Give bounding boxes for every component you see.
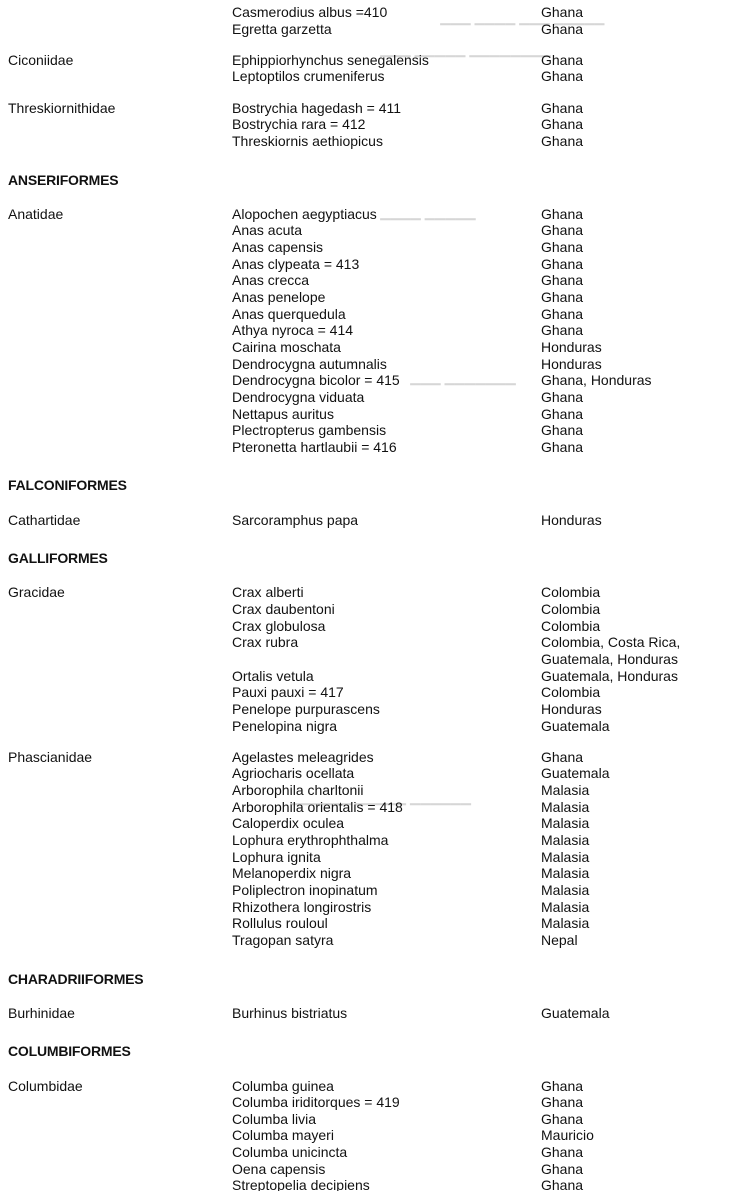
family-name: Columbidae	[8, 1078, 83, 1095]
species-name: Crax rubra	[232, 634, 298, 651]
country-name: Ghana	[541, 68, 583, 85]
country-name: Malasia	[541, 915, 589, 932]
species-name: Alopochen aegyptiacus	[232, 206, 377, 223]
country-name: Malasia	[541, 799, 589, 816]
family-name: Cathartidae	[8, 512, 80, 529]
species-name: Poliplectron inopinatum	[232, 882, 378, 899]
species-name: Oena capensis	[232, 1161, 325, 1178]
species-name: Columba iriditorques = 419	[232, 1094, 400, 1111]
country-name: Ghana	[541, 206, 583, 223]
country-name: Colombia	[541, 684, 600, 701]
species-name: Casmerodius albus =410	[232, 4, 387, 21]
country-name: Guatemala	[541, 718, 609, 735]
species-name: Penelope purpurascens	[232, 701, 380, 718]
species-name: Anas querquedula	[232, 306, 346, 323]
country-name: Ghana	[541, 1078, 583, 1095]
species-name: Egretta garzetta	[232, 21, 332, 38]
bleed-through-text: ▁▁▁▁▁▁▁ ▁▁▁	[410, 370, 516, 386]
country-name: Ghana	[541, 222, 583, 239]
order-heading: CHARADRIIFORMES	[8, 971, 143, 988]
species-name: Leptoptilos crumeniferus	[232, 68, 385, 85]
species-name: Anas crecca	[232, 272, 309, 289]
country-name: Ghana	[541, 4, 583, 21]
country-name: Colombia, Costa Rica,	[541, 634, 680, 651]
country-name: Ghana	[541, 322, 583, 339]
country-name: Guatemala	[541, 1005, 609, 1022]
country-name: Ghana	[541, 52, 583, 69]
order-heading: COLUMBIFORMES	[8, 1043, 131, 1060]
country-name: Ghana	[541, 21, 583, 38]
country-name: Ghana	[541, 406, 583, 423]
species-name: Ephippiorhynchus senegalensis	[232, 52, 429, 69]
species-name: Anas clypeata = 413	[232, 256, 359, 273]
country-name: Ghana	[541, 239, 583, 256]
bleed-through-text: ▁▁▁▁▁ ▁▁▁▁	[380, 205, 476, 221]
country-name: Ghana	[541, 256, 583, 273]
species-name: Anas penelope	[232, 289, 325, 306]
country-name: Ghana	[541, 389, 583, 406]
family-name: Threskiornithidae	[8, 100, 115, 117]
country-name: Malasia	[541, 849, 589, 866]
country-name: Ghana	[541, 116, 583, 133]
country-name: Guatemala, Honduras	[541, 668, 678, 685]
species-name: Burhinus bistriatus	[232, 1005, 347, 1022]
species-name: Anas acuta	[232, 222, 302, 239]
species-name: Pteronetta hartlaubii = 416	[232, 439, 397, 456]
species-name: Columba mayeri	[232, 1127, 334, 1144]
document-page: ▁▁▁▁▁ ▁▁▁ ▁▁▁▁ ▁▁▁ ▁▁▁▁▁▁▁▁ ▁▁▁▁▁ ▁▁▁ ▁▁…	[0, 0, 735, 1191]
species-name: Rhizothera longirostris	[232, 899, 371, 916]
country-name: Honduras	[541, 356, 602, 373]
species-name: Columba livia	[232, 1111, 316, 1128]
species-name: Tragopan satyra	[232, 932, 333, 949]
country-name: Honduras	[541, 512, 602, 529]
country-name: Malasia	[541, 882, 589, 899]
species-name: Penelopina nigra	[232, 718, 337, 735]
country-name: Ghana	[541, 422, 583, 439]
country-name: Guatemala, Honduras	[541, 651, 678, 668]
species-name: Pauxi pauxi = 417	[232, 684, 344, 701]
country-name: Mauricio	[541, 1127, 594, 1144]
country-name: Ghana	[541, 289, 583, 306]
country-name: Ghana	[541, 100, 583, 117]
species-name: Agelastes meleagrides	[232, 749, 374, 766]
species-name: Ortalis vetula	[232, 668, 314, 685]
species-name: Dendrocygna bicolor = 415	[232, 372, 400, 389]
country-name: Ghana	[541, 749, 583, 766]
species-name: Crax globulosa	[232, 618, 325, 635]
country-name: Ghana	[541, 1161, 583, 1178]
species-name: Bostrychia hagedash = 411	[232, 100, 401, 117]
family-name: Burhinidae	[8, 1005, 75, 1022]
species-name: Crax alberti	[232, 584, 304, 601]
species-name: Lophura ignita	[232, 849, 321, 866]
country-name: Ghana	[541, 439, 583, 456]
species-name: Columba guinea	[232, 1078, 334, 1095]
country-name: Malasia	[541, 899, 589, 916]
species-name: Nettapus auritus	[232, 406, 334, 423]
species-name: Athya nyroca = 414	[232, 322, 353, 339]
species-name: Crax daubentoni	[232, 601, 335, 618]
country-name: Ghana	[541, 306, 583, 323]
country-name: Colombia	[541, 584, 600, 601]
family-name: Ciconiidae	[8, 52, 73, 69]
country-name: Nepal	[541, 932, 578, 949]
country-name: Colombia	[541, 618, 600, 635]
country-name: Ghana	[541, 1177, 583, 1191]
species-name: Caloperdix oculea	[232, 815, 344, 832]
species-name: Rollulus rouloul	[232, 915, 328, 932]
order-heading: FALCONIFORMES	[8, 477, 127, 494]
country-name: Guatemala	[541, 765, 609, 782]
country-name: Ghana	[541, 133, 583, 150]
country-name: Malasia	[541, 832, 589, 849]
country-name: Honduras	[541, 701, 602, 718]
country-name: Ghana	[541, 1094, 583, 1111]
species-name: Dendrocygna autumnalis	[232, 356, 387, 373]
species-name: Sarcoramphus papa	[232, 512, 358, 529]
country-name: Malasia	[541, 782, 589, 799]
species-name: Plectropterus gambensis	[232, 422, 386, 439]
country-name: Ghana	[541, 272, 583, 289]
family-name: Gracidae	[8, 584, 65, 601]
country-name: Malasia	[541, 865, 589, 882]
country-name: Ghana	[541, 1144, 583, 1161]
family-name: Phascianidae	[8, 749, 92, 766]
order-heading: ANSERIFORMES	[8, 172, 118, 189]
species-name: Arborophila orientalis = 418	[232, 799, 403, 816]
order-heading: GALLIFORMES	[8, 550, 108, 567]
country-name: Malasia	[541, 815, 589, 832]
country-name: Ghana, Honduras	[541, 372, 652, 389]
species-name: Threskiornis aethiopicus	[232, 133, 383, 150]
country-name: Honduras	[541, 339, 602, 356]
country-name: Colombia	[541, 601, 600, 618]
country-name: Ghana	[541, 1111, 583, 1128]
species-name: Lophura erythrophthalma	[232, 832, 388, 849]
species-name: Bostrychia rara = 412	[232, 116, 365, 133]
species-name: Cairina moschata	[232, 339, 341, 356]
species-name: Streptopelia decipiens	[232, 1177, 370, 1191]
species-name: Agriocharis ocellata	[232, 765, 354, 782]
family-name: Anatidae	[8, 206, 63, 223]
species-name: Arborophila charltonii	[232, 782, 364, 799]
species-name: Columba unicincta	[232, 1144, 347, 1161]
species-name: Anas capensis	[232, 239, 323, 256]
species-name: Dendrocygna viduata	[232, 389, 364, 406]
species-name: Melanoperdix nigra	[232, 865, 351, 882]
